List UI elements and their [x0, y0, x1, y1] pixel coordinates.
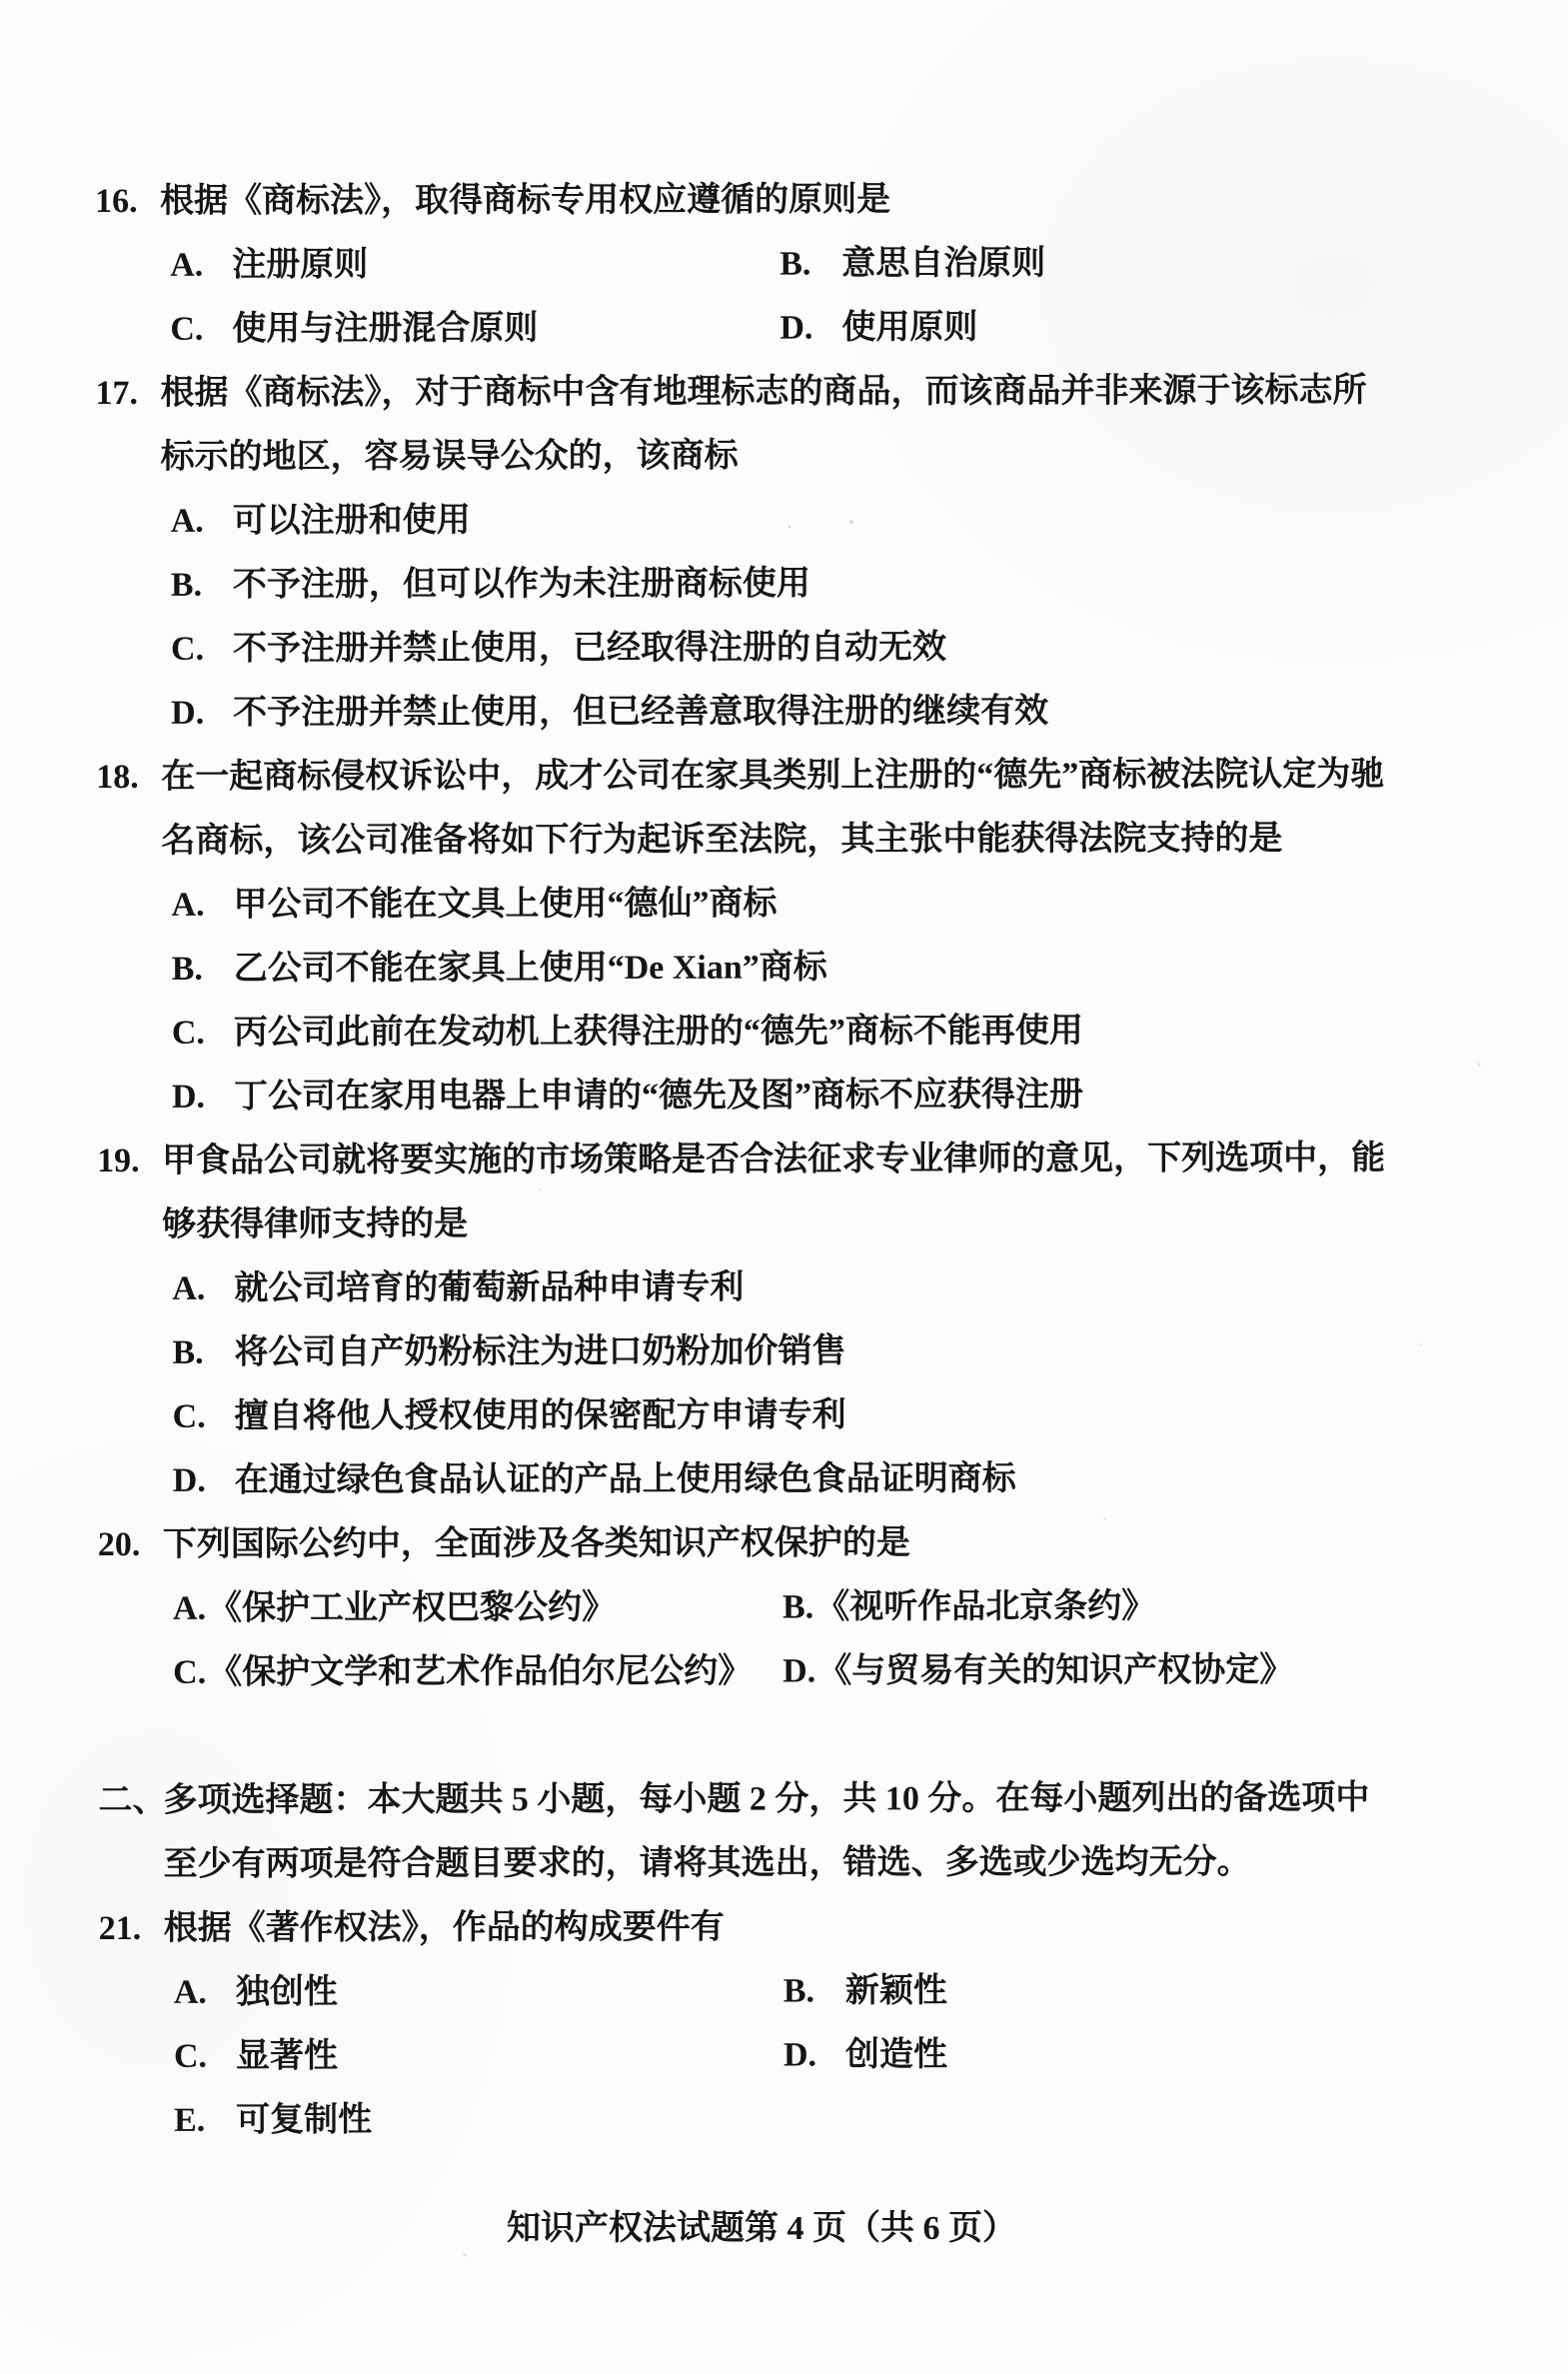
question-stem: 根据《商标法》，取得商标专用权应遵循的原则是: [160, 167, 1385, 234]
option-text: 将公司自产奶粉标注为进口奶粉加价销售: [234, 1318, 1471, 1385]
option-b: B. 《视听作品北京条约》: [783, 1574, 1472, 1639]
option-b: B. 意思自治原则: [780, 231, 1469, 296]
option-label: B.: [783, 1575, 813, 1639]
option-d: D. 丁公司在家用电器上申请的“德先及图”商标不应获得注册: [172, 1063, 1471, 1130]
option-label: C.: [174, 2025, 236, 2089]
option-text: 不予注册并禁止使用，已经取得注册的自动无效: [233, 615, 1470, 682]
question-stem: 在一起商标侵权诉讼中，成才公司在家具类别上注册的“德先”商标被法院认定为驰名商标…: [161, 743, 1386, 874]
exam-content: 16. 根据《商标法》，取得商标专用权应遵循的原则是 A. 注册原则 B. 意思…: [95, 167, 1473, 2153]
option-label: A.: [170, 234, 232, 298]
option-text: 不予注册，但可以作为未注册商标使用: [233, 551, 1470, 618]
option-text: 新颖性: [845, 1958, 1473, 2023]
option-text: 可复制性: [236, 2088, 784, 2153]
option-text: 可以注册和使用: [233, 487, 1470, 554]
exam-scan-page: 16. 根据《商标法》，取得商标专用权应遵循的原则是 A. 注册原则 B. 意思…: [0, 0, 1568, 2374]
option-d: D. 不予注册并禁止使用，但已经善意取得注册的继续有效: [171, 679, 1470, 746]
question-16: 16. 根据《商标法》，取得商标专用权应遵循的原则是 A. 注册原则 B. 意思…: [95, 167, 1469, 362]
option-label: B.: [784, 1959, 845, 2023]
option-d: D. 在通过绿色食品认证的产品上使用绿色食品证明商标: [173, 1446, 1472, 1513]
option-label: A.: [172, 1257, 234, 1321]
option-label: C.: [170, 298, 232, 362]
option-text: 乙公司不能在家具上使用“De Xian”商标: [234, 935, 1471, 1002]
question-17: 17. 根据《商标法》，对于商标中含有地理标志的商品，而该商品并非来源于该标志所…: [95, 359, 1470, 746]
section-2-heading: 二、 多项选择题：本大题共 5 小题，每小题 2 分，共 10 分。在每小题列出…: [98, 1766, 1472, 1897]
option-text: 甲公司不能在文具上使用“德仙”商标: [233, 871, 1470, 938]
option-a: A. 甲公司不能在文具上使用“德仙”商标: [171, 871, 1470, 938]
option-d: D. 使用原则: [780, 295, 1469, 360]
option-a: A. 《保护工业产权巴黎公约》: [173, 1576, 783, 1641]
option-label: A.: [171, 490, 233, 554]
option-text: 丁公司在家用电器上申请的“德先及图”商标不应获得注册: [234, 1063, 1471, 1130]
option-label: D.: [780, 296, 841, 360]
option-b: B. 将公司自产奶粉标注为进口奶粉加价销售: [172, 1318, 1471, 1385]
option-label: D.: [784, 2023, 845, 2087]
option-c: C. 使用与注册混合原则: [170, 297, 780, 362]
option-text: 《视听作品北京条约》: [815, 1574, 1472, 1639]
option-label: A.: [171, 874, 233, 938]
question-number: 17.: [95, 362, 160, 426]
option-label: A.: [174, 1961, 236, 2025]
options-list: A. 甲公司不能在文具上使用“德仙”商标 B. 乙公司不能在家具上使用“De X…: [171, 871, 1471, 1130]
option-c: C. 《保护文学和艺术作品伯尔尼公约》: [173, 1640, 783, 1705]
option-c: C. 显著性: [174, 2024, 784, 2089]
question-19: 19. 甲食品公司就将要实施的市场策略是否合法征求专业律师的意见，下列选项中，能…: [97, 1127, 1472, 1513]
option-label: C.: [173, 1641, 206, 1705]
option-b: B. 不予注册，但可以作为未注册商标使用: [171, 551, 1470, 618]
option-a: A. 独创性: [174, 1960, 784, 2025]
option-text: 《与贸易有关的知识产权协定》: [817, 1638, 1472, 1703]
option-text: 注册原则: [232, 233, 780, 298]
option-a: A. 注册原则: [170, 233, 780, 298]
section-number: 二、: [98, 1769, 163, 1833]
option-text: 显著性: [236, 2024, 784, 2089]
blank-line: [98, 1702, 1472, 1769]
option-text: 创造性: [845, 2022, 1473, 2087]
option-text: 在通过绿色食品认证的产品上使用绿色食品证明商标: [235, 1446, 1472, 1513]
question-number: 19.: [97, 1130, 162, 1193]
option-label: D.: [173, 1449, 235, 1513]
options-list: A. 可以注册和使用 B. 不予注册，但可以作为未注册商标使用 C. 不予注册并…: [171, 487, 1471, 746]
options-list: A. 注册原则 B. 意思自治原则 C. 使用与注册混合原则 D. 使用原则: [170, 231, 1469, 362]
option-c: C. 不予注册并禁止使用，已经取得注册的自动无效: [171, 615, 1470, 682]
option-label: B.: [780, 232, 841, 296]
option-text: 丙公司此前在发动机上获得注册的“德先”商标不能再使用: [234, 999, 1471, 1066]
option-label: B.: [172, 1321, 234, 1385]
option-text: 就公司培育的葡萄新品种申请专利: [234, 1254, 1471, 1321]
option-label: D.: [172, 1066, 234, 1130]
option-text: 独创性: [236, 1960, 784, 2025]
option-label: B.: [172, 938, 234, 1002]
option-text: 擅自将他人授权使用的保密配方申请专利: [235, 1382, 1472, 1449]
option-b: B. 乙公司不能在家具上使用“De Xian”商标: [172, 935, 1471, 1002]
options-list: A. 独创性 B. 新颖性 C. 显著性 D. 创造性: [174, 1958, 1473, 2153]
option-text: 使用原则: [841, 295, 1469, 360]
option-b: B. 新颖性: [784, 1958, 1473, 2023]
question-stem: 根据《商标法》，对于商标中含有地理标志的商品，而该商品并非来源于该标志所标示的地…: [160, 359, 1385, 490]
question-number: 21.: [99, 1897, 164, 1961]
option-text: 《保护文学和艺术作品伯尔尼公约》: [208, 1640, 783, 1705]
option-a: A. 就公司培育的葡萄新品种申请专利: [172, 1254, 1471, 1321]
option-a: A. 可以注册和使用: [171, 487, 1470, 554]
option-c: C. 丙公司此前在发动机上获得注册的“德先”商标不能再使用: [172, 999, 1471, 1066]
option-label: C.: [171, 618, 233, 682]
section-instructions: 多项选择题：本大题共 5 小题，每小题 2 分，共 10 分。在每小题列出的备选…: [163, 1766, 1388, 1897]
option-c: C. 擅自将他人授权使用的保密配方申请专利: [173, 1382, 1472, 1449]
question-20: 20. 下列国际公约中，全面涉及各类知识产权保护的是 A. 《保护工业产权巴黎公…: [98, 1510, 1472, 1705]
option-d: D. 创造性: [784, 2022, 1473, 2087]
question-stem: 下列国际公约中，全面涉及各类知识产权保护的是: [163, 1510, 1388, 1577]
page-footer: 知识产权法试题第 4 页（共 6 页）: [0, 2197, 1523, 2261]
options-list: A. 就公司培育的葡萄新品种申请专利 B. 将公司自产奶粉标注为进口奶粉加价销售…: [172, 1254, 1472, 1513]
option-label: D.: [783, 1639, 815, 1703]
question-number: 16.: [95, 170, 160, 234]
option-label: B.: [171, 554, 233, 618]
question-number: 18.: [96, 746, 161, 810]
option-text: 使用与注册混合原则: [232, 297, 780, 362]
option-label: A.: [173, 1577, 206, 1641]
option-e: E. 可复制性: [174, 2088, 784, 2153]
question-18: 18. 在一起商标侵权诉讼中，成才公司在家具类别上注册的“德先”商标被法院认定为…: [96, 743, 1471, 1130]
option-label: C.: [172, 1002, 234, 1066]
option-text: 不予注册并禁止使用，但已经善意取得注册的继续有效: [233, 679, 1470, 746]
question-stem: 根据《著作权法》，作品的构成要件有: [164, 1894, 1389, 1961]
options-list: A. 《保护工业产权巴黎公约》 B. 《视听作品北京条约》 C. 《保护文学和艺…: [173, 1574, 1472, 1705]
option-d: D. 《与贸易有关的知识产权协定》: [783, 1638, 1472, 1703]
option-label: E.: [174, 2089, 236, 2153]
question-number: 20.: [98, 1513, 163, 1577]
option-text: 意思自治原则: [841, 231, 1469, 296]
question-21: 21. 根据《著作权法》，作品的构成要件有 A. 独创性 B. 新颖性 C. 显…: [99, 1894, 1474, 2153]
question-stem: 甲食品公司就将要实施的市场策略是否合法征求专业律师的意见，下列选项中，能够获得律…: [162, 1127, 1387, 1257]
option-label: C.: [173, 1385, 235, 1449]
option-label: D.: [171, 682, 233, 746]
option-text: 《保护工业产权巴黎公约》: [208, 1576, 783, 1641]
